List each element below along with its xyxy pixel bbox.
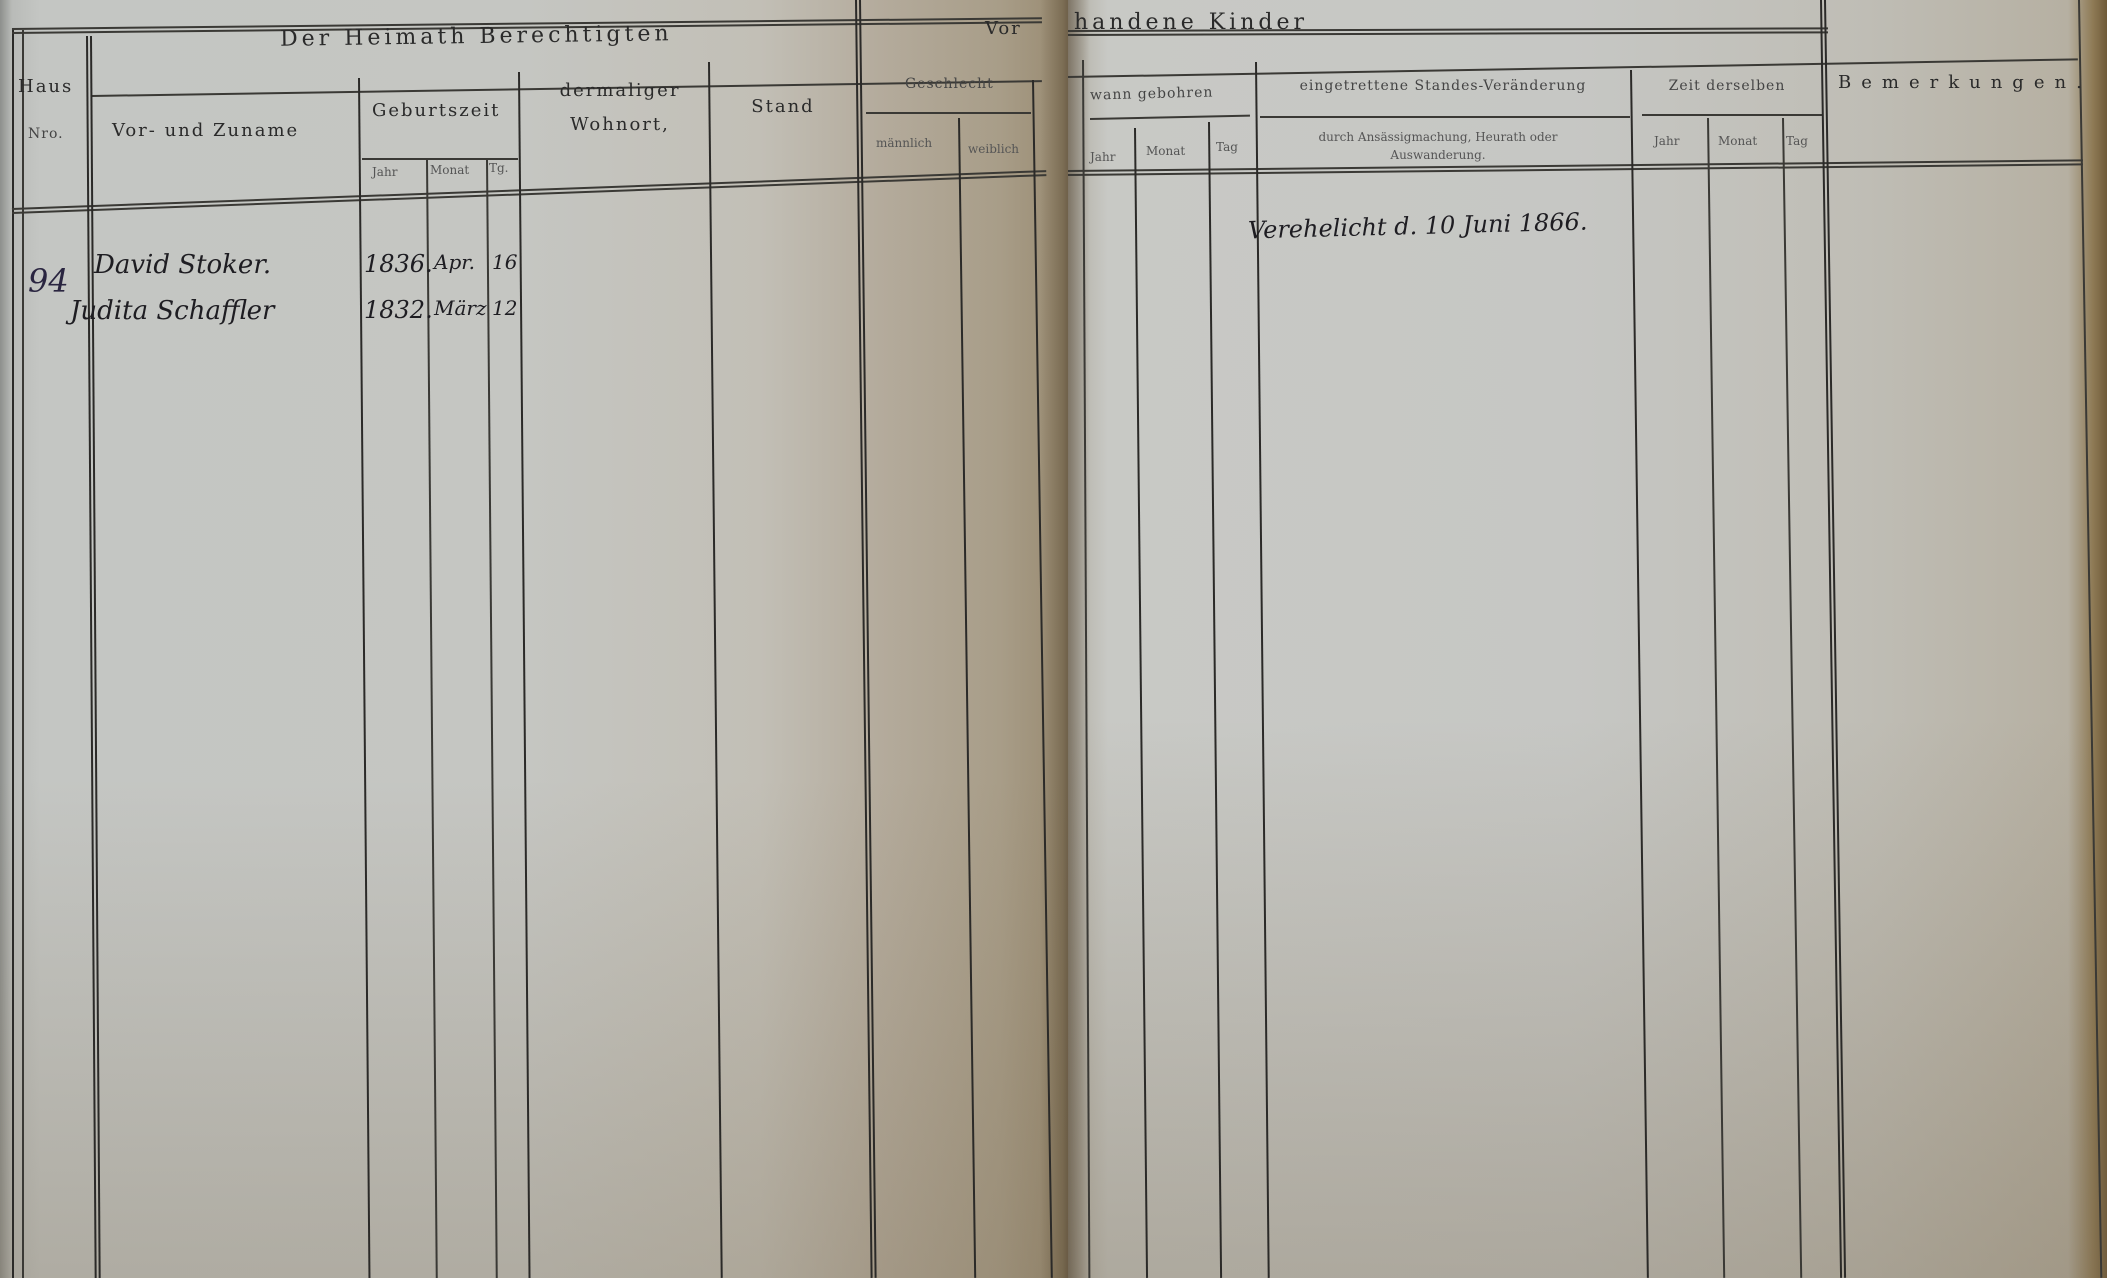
col-line-tag [518, 72, 531, 1278]
name-column-header: Vor- und Zuname [112, 120, 299, 141]
haus-label: Haus [18, 76, 73, 97]
entry-person-1-jahr: 1836. [364, 250, 433, 278]
col-line-maennlich [958, 118, 976, 1278]
col-line-monat [486, 160, 497, 1278]
geburtszeit-monat: Monat [430, 163, 469, 177]
left-page-title: Der Heimath Berechtigten [280, 21, 673, 51]
col-line-kind-tag [1255, 62, 1270, 1278]
entry-person-1-monat: Apr. [434, 250, 475, 274]
col-line-zeit-jahr [1707, 118, 1725, 1278]
entry-person-2-name: Judita Schaffler [70, 296, 274, 326]
geschlecht-subdivider [866, 112, 1031, 114]
col-line-veraenderung [1630, 70, 1649, 1278]
geschlecht-weiblich: weiblich [968, 142, 1019, 156]
col-line-haus [86, 36, 101, 1278]
entry-veraenderung-note: Verehelicht d. 10 Juni 1866. [1248, 208, 1588, 245]
header-bottom-rule [12, 170, 1047, 214]
zeit-jahr-header: Jahr [1654, 134, 1679, 148]
geschlecht-maennlich: männlich [876, 136, 932, 150]
geburtszeit-header: Geburtszeit [372, 100, 500, 121]
entry-person-1-name: David Stoker. [94, 250, 271, 280]
title-continuation: Vor [985, 18, 1022, 39]
bemerkungen-header: Bemerkungen. [1838, 72, 2092, 93]
entry-person-2-tag: 12 [492, 296, 517, 320]
left-border-line-inner [22, 30, 24, 1278]
kind-jahr-header: Jahr [1090, 150, 1115, 164]
right-page-title: handene Kinder [1074, 10, 1308, 35]
zeit-derselben-header: Zeit derselben [1634, 78, 1820, 94]
stand-header: Stand [718, 96, 848, 117]
geburtszeit-tag: Tg. [489, 161, 509, 175]
left-page: Der Heimath Berechtigten Vor Haus Nro. V… [0, 0, 1068, 1278]
col-line-wohnort [708, 62, 723, 1278]
entry-person-1-tag: 16 [492, 250, 517, 274]
zeit-derselben-subdivider [1642, 114, 1822, 116]
wann-gebohren-header: wann gebohren [1090, 84, 1214, 103]
col-line-stand [855, 0, 877, 1278]
col-line-kind-jahr [1134, 128, 1148, 1278]
wohnort-header-line1: dermaliger [540, 80, 700, 101]
geburtszeit-jahr: Jahr [372, 165, 397, 179]
col-line-jahr [426, 160, 437, 1278]
kind-tag-header: Tag [1216, 140, 1238, 154]
entry-person-2-jahr: 1832. [364, 296, 433, 324]
right-page: handene Kinder wann gebohren Jahr Monat … [1068, 0, 2107, 1278]
left-border-line [12, 30, 14, 1278]
veraenderung-header: eingetrettene Standes-Veränderung [1258, 78, 1628, 94]
veraenderung-subdivider [1260, 116, 1630, 118]
nro-label: Nro. [28, 126, 64, 142]
wohnort-header-line2: Wohnort, [540, 114, 700, 135]
entry-person-2-monat: März [434, 296, 487, 320]
col-line-bemerkungen [1820, 0, 1846, 1278]
zeit-monat-header: Monat [1718, 134, 1757, 148]
wann-gebohren-subdivider [1090, 115, 1250, 120]
col-line-kind-monat [1208, 122, 1222, 1278]
veraenderung-subheader: durch Ansässigmachung, Heurath oder Ausw… [1288, 128, 1588, 164]
geburtszeit-subdivider [362, 158, 518, 160]
geschlecht-header: Geschlecht [905, 76, 994, 92]
kind-monat-header: Monat [1146, 144, 1185, 158]
col-line-zeit-monat [1782, 118, 1802, 1278]
entry-haus-nro: 94 [28, 262, 69, 300]
right-page-border [2078, 0, 2102, 1278]
zeit-tag-header: Tag [1786, 134, 1808, 148]
